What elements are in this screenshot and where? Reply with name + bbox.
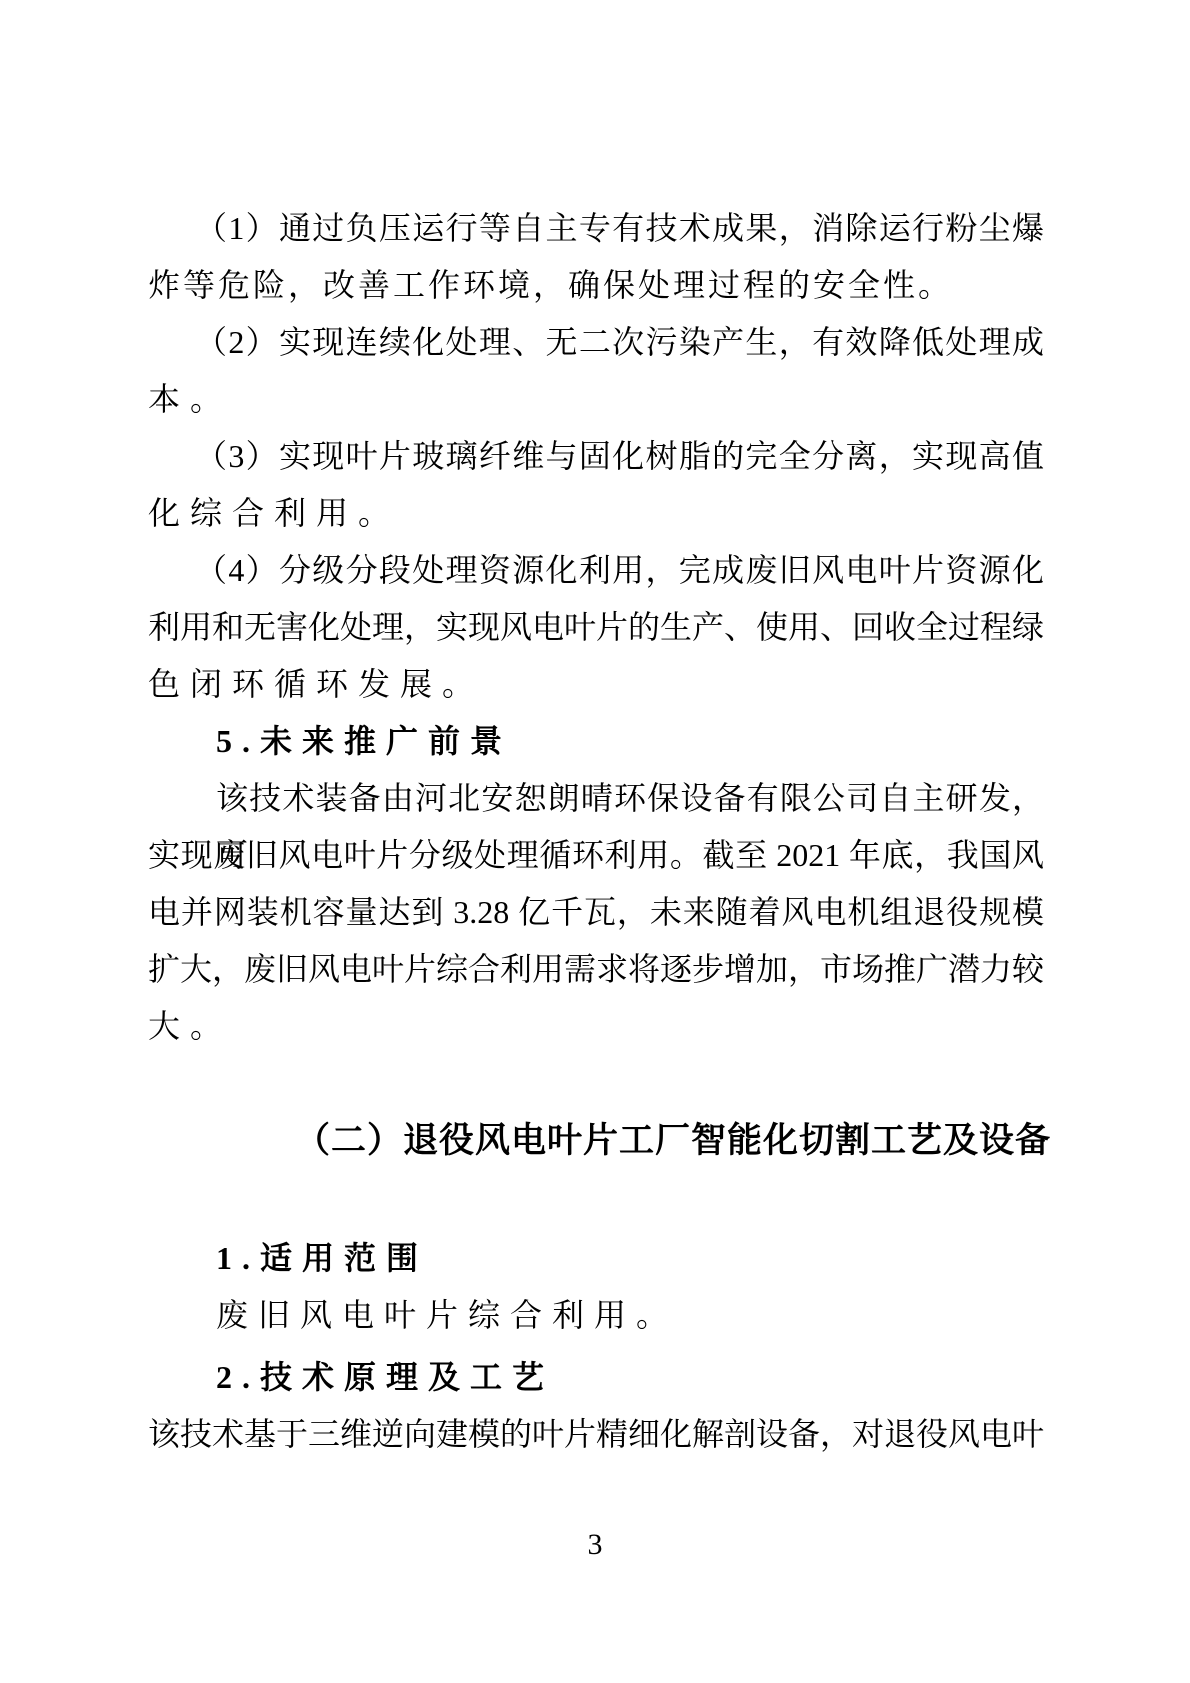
para5-line3: 电并网装机容量达到 3.28 亿千瓦，未来随着风电机组退役规模	[148, 884, 1044, 941]
para5-line1: 该技术装备由河北安恕朗晴环保设备有限公司自主研发，可	[148, 770, 1044, 827]
para1-line2: 炸等危险，改善工作环境，确保处理过程的安全性。	[148, 257, 1044, 314]
para1-line1: （1）通过负压运行等自主专有技术成果，消除运行粉尘爆	[148, 200, 1044, 257]
document-page: （1）通过负压运行等自主专有技术成果，消除运行粉尘爆 炸等危险，改善工作环境，确…	[0, 0, 1190, 1683]
section2-heading: （二）退役风电叶片工厂智能化切割工艺及设备	[148, 1112, 1044, 1169]
subheading-scope: 1.适用范围	[148, 1230, 1044, 1287]
para5-line5: 大。	[148, 998, 1044, 1055]
text-column: （1）通过负压运行等自主专有技术成果，消除运行粉尘爆 炸等危险，改善工作环境，确…	[148, 200, 1044, 1463]
para3-line1: （3）实现叶片玻璃纤维与固化树脂的完全分离，实现高值	[148, 428, 1044, 485]
para4-line1: （4）分级分段处理资源化利用，完成废旧风电叶片资源化	[148, 542, 1044, 599]
para2-line1: （2）实现连续化处理、无二次污染产生，有效降低处理成	[148, 314, 1044, 371]
page-number: 3	[0, 1528, 1190, 1562]
subheading-principle: 2.技术原理及工艺	[148, 1349, 1044, 1406]
para4-line3: 色闭环循环发展。	[148, 656, 1044, 713]
para2-line2: 本。	[148, 371, 1044, 428]
subheading-future-outlook: 5.未来推广前景	[148, 713, 1044, 770]
para4-line2: 利用和无害化处理，实现风电叶片的生产、使用、回收全过程绿	[148, 599, 1044, 656]
para5-line2: 实现废旧风电叶片分级处理循环利用。截至 2021 年底，我国风	[148, 827, 1044, 884]
para5-line4: 扩大，废旧风电叶片综合利用需求将逐步增加，市场推广潜力较	[148, 941, 1044, 998]
section2-para1: 废旧风电叶片综合利用。	[148, 1287, 1044, 1344]
para3-line2: 化综合利用。	[148, 485, 1044, 542]
section2-para2-line1: 该技术基于三维逆向建模的叶片精细化解剖设备，对退役风电叶	[148, 1406, 1044, 1463]
